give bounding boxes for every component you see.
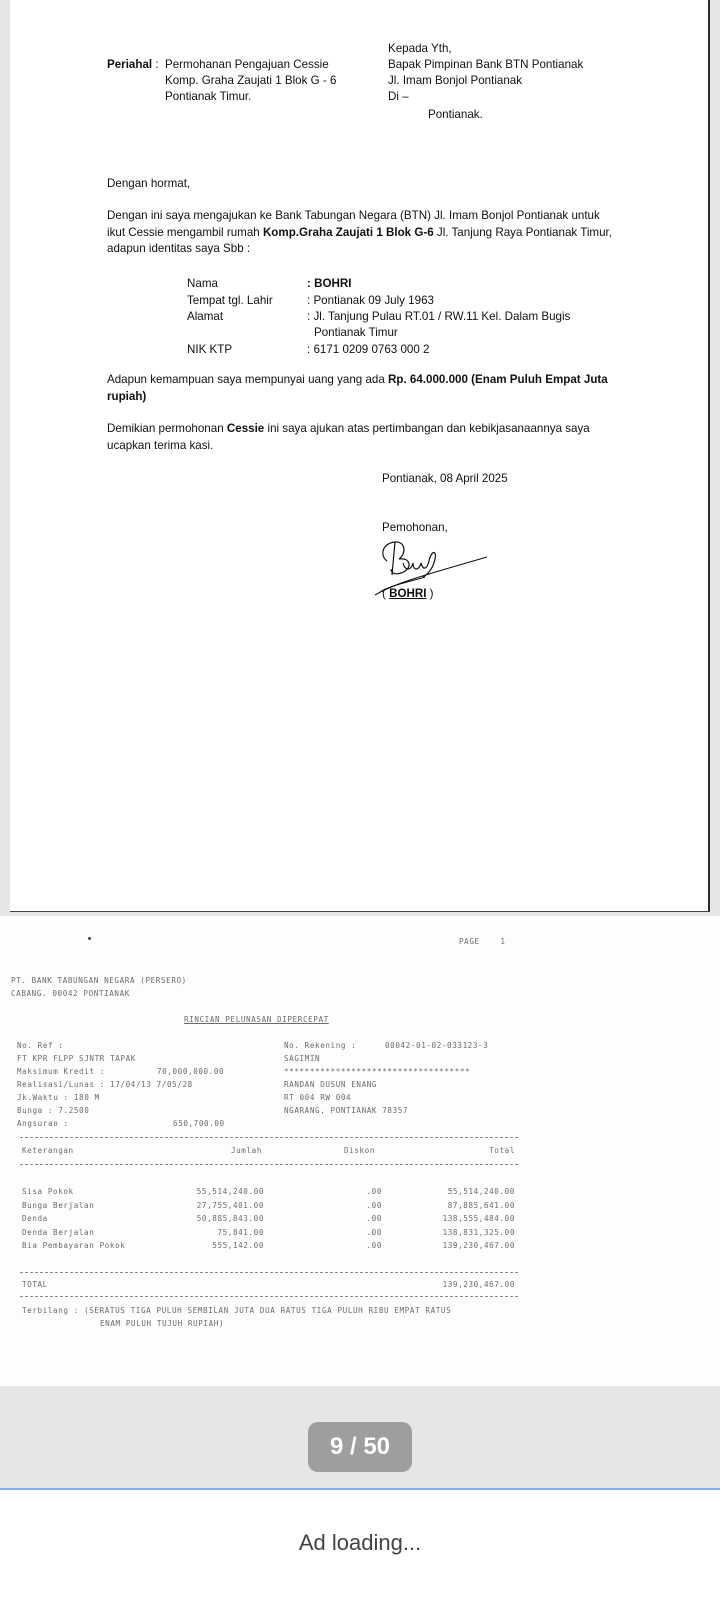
account-holder: SAGIMIN: [284, 1054, 320, 1063]
birth-label: Tempat tgl. Lahir: [187, 293, 273, 309]
subject-label: Periahal: [107, 58, 152, 71]
ad-loading-text: Ad loading...: [0, 1530, 720, 1556]
recipient-block: Kepada Yth, Bapak Pimpinan Bank BTN Pont…: [388, 41, 583, 123]
bank-name: PT. BANK TABUNGAN NEGARA (PERSERO): [11, 976, 187, 985]
info-installment-label: Angsuran :: [17, 1119, 69, 1128]
page-label: PAGE: [459, 937, 480, 946]
paragraph-intro: Dengan ini saya mengajukan ke Bank Tabun…: [107, 208, 619, 258]
subject-line: Pontianak Timur.: [165, 89, 336, 105]
col-header: Keterangan: [22, 1146, 74, 1155]
paragraph-funds: Adapun kemampuan saya mempunyai uang yan…: [107, 372, 619, 405]
masked-line: ************************************: [284, 1067, 470, 1076]
table-row: Bunga Berjalan27,755,401.00.0087,885,641…: [0, 1201, 720, 1214]
recipient-line: Bapak Pimpinan Bank BTN Pontianak: [388, 57, 583, 73]
paragraph-text: Adapun kemampuan saya mempunyai uang yan…: [107, 373, 388, 386]
document-page-statement: PAGE 1 PT. BANK TABUNGAN NEGARA (PERSERO…: [0, 916, 720, 1386]
table-cell: 87,885,641.00: [448, 1201, 515, 1210]
amount-in-words: Terbilang : (SERATUS TIGA PULUH SEMBILAN…: [22, 1306, 451, 1315]
recipient-line: Jl. Imam Bonjol Pontianak: [388, 73, 583, 89]
subject-block: Periahal : Permohanan Pengajuan Cessie K…: [107, 57, 159, 73]
table-cell: Bia Pembayaran Pokok: [22, 1241, 125, 1250]
cessie-term: Cessie: [227, 422, 264, 435]
total-value: 139,230,467.00: [443, 1280, 515, 1289]
signatory-name: ( BOHRI ): [382, 586, 434, 602]
table-row: Sisa Pokok55,514,240.00.0055,514,240.00: [0, 1187, 720, 1200]
terbilang-line: ENAM PULUH TUJUH RUPIAH): [100, 1319, 224, 1328]
terbilang-line: (SERATUS TIGA PULUH SEMBILAN JUTA DUA RA…: [84, 1306, 451, 1315]
table-row: Denda Berjalan75,841.00.00138,831,325.00: [0, 1228, 720, 1241]
table-cell: .00: [366, 1187, 382, 1196]
table-cell: 75,841.00: [217, 1228, 264, 1237]
recipient-line: Kepada Yth,: [388, 41, 583, 57]
info-installment-value: 650,700.00: [173, 1119, 225, 1128]
address-line: : Jl. Tanjung Pulau RT.01 / RW.11 Kel. D…: [307, 310, 570, 323]
signatory-name-text: BOHRI: [389, 587, 426, 600]
salutation: Dengan hormat,: [107, 176, 190, 192]
table-cell: 50,885,843.00: [197, 1214, 264, 1223]
bank-branch: CABANG. 00042 PONTIANAK: [11, 989, 130, 998]
table-cell: 138,555,484.00: [443, 1214, 515, 1223]
birth-value: : Pontianak 09 July 1963: [307, 293, 434, 309]
table-cell: .00: [366, 1214, 382, 1223]
table-cell: 55,514,240.00: [197, 1187, 264, 1196]
table-cell: .00: [366, 1201, 382, 1210]
divider: [20, 1272, 518, 1273]
info-interest: Bunga : 7.2500: [17, 1106, 89, 1115]
page-number-label: PAGE 1: [459, 937, 506, 946]
info-max-credit-value: 70,000,000.00: [157, 1067, 224, 1076]
address-line: Pontianak Timur: [307, 325, 570, 341]
table-cell: 139,230,467.00: [443, 1241, 515, 1250]
info-ref: No. Ref :: [17, 1041, 64, 1050]
account-number: 00042-01-02-033123-3: [385, 1041, 488, 1050]
subject-separator: :: [152, 58, 158, 71]
ad-banner[interactable]: Ad loading...: [0, 1488, 720, 1600]
subject-line: Permohanan Pengajuan Cessie: [165, 57, 336, 73]
address-line: NGARANG, PONTIANAK 78357: [284, 1106, 408, 1115]
total-label: TOTAL: [22, 1280, 48, 1289]
table-cell: .00: [366, 1228, 382, 1237]
table-cell: Sisa Pokok: [22, 1187, 74, 1196]
address-label: Alamat: [187, 309, 223, 325]
table-cell: Denda: [22, 1214, 48, 1223]
table-total-row: TOTAL 139,230,467.00: [0, 1280, 720, 1293]
statement-title: RINCIAN PELUNASAN DIPERCEPAT: [184, 1015, 329, 1024]
divider: [20, 1296, 518, 1297]
table-cell: 138,831,325.00: [443, 1228, 515, 1237]
divider: [20, 1137, 518, 1138]
table-header: Keterangan Jumlah Diskon Total: [0, 1146, 720, 1159]
info-product: FT KPR FLPP SJNTR TAPAK: [17, 1054, 136, 1063]
nik-label: NIK KTP: [187, 342, 232, 358]
info-term: Jk.Waktu : 180 M: [17, 1093, 100, 1102]
col-header: Diskon: [344, 1146, 375, 1155]
table-cell: 555,142.00: [212, 1241, 264, 1250]
info-max-credit-label: Maksimum Kredit :: [17, 1067, 105, 1076]
name-value: : BOHRI: [307, 276, 351, 292]
table-cell: Bunga Berjalan: [22, 1201, 94, 1210]
info-realisasi: Realisasi/Lunas : 17/04/13 7/05/28: [17, 1080, 193, 1089]
print-speck: [88, 937, 91, 940]
page-indicator: 9 / 50: [308, 1422, 412, 1472]
subject-line: Komp. Graha Zaujati 1 Blok G - 6: [165, 73, 336, 89]
name-label: Nama: [187, 276, 218, 292]
table-row: Denda50,885,843.00.00138,555,484.00: [0, 1214, 720, 1227]
address-line: RANDAN DUSUN ENANG: [284, 1080, 377, 1089]
nik-value: : 6171 0209 0763 000 2: [307, 342, 430, 358]
recipient-city: Pontianak.: [388, 107, 583, 123]
divider: [20, 1164, 518, 1165]
property-address: Komp.Graha Zaujati 1 Blok G-6: [263, 226, 434, 239]
address-value: : Jl. Tanjung Pulau RT.01 / RW.11 Kel. D…: [307, 309, 570, 341]
address-line: RT 004 RW 004: [284, 1093, 351, 1102]
document-page-letter: Periahal : Permohanan Pengajuan Cessie K…: [10, 0, 710, 912]
paragraph-closing: Demikian permohonan Cessie ini saya ajuk…: [107, 421, 619, 454]
terbilang-label: Terbilang :: [22, 1306, 84, 1315]
recipient-line: Di –: [388, 89, 583, 105]
paragraph-text: Demikian permohonan: [107, 422, 227, 435]
table-cell: Denda Berjalan: [22, 1228, 94, 1237]
table-cell: .00: [366, 1241, 382, 1250]
table-cell: 55,514,240.00: [448, 1187, 515, 1196]
account-label: No. Rekening :: [284, 1041, 356, 1050]
table-row: Bia Pembayaran Pokok555,142.00.00139,230…: [0, 1241, 720, 1254]
table-cell: 27,755,401.00: [197, 1201, 264, 1210]
col-header: Total: [489, 1146, 515, 1155]
paren: ): [426, 587, 433, 600]
letter-date: Pontianak, 08 April 2025: [382, 471, 508, 487]
page-number: 1: [500, 937, 505, 946]
col-header: Jumlah: [231, 1146, 262, 1155]
